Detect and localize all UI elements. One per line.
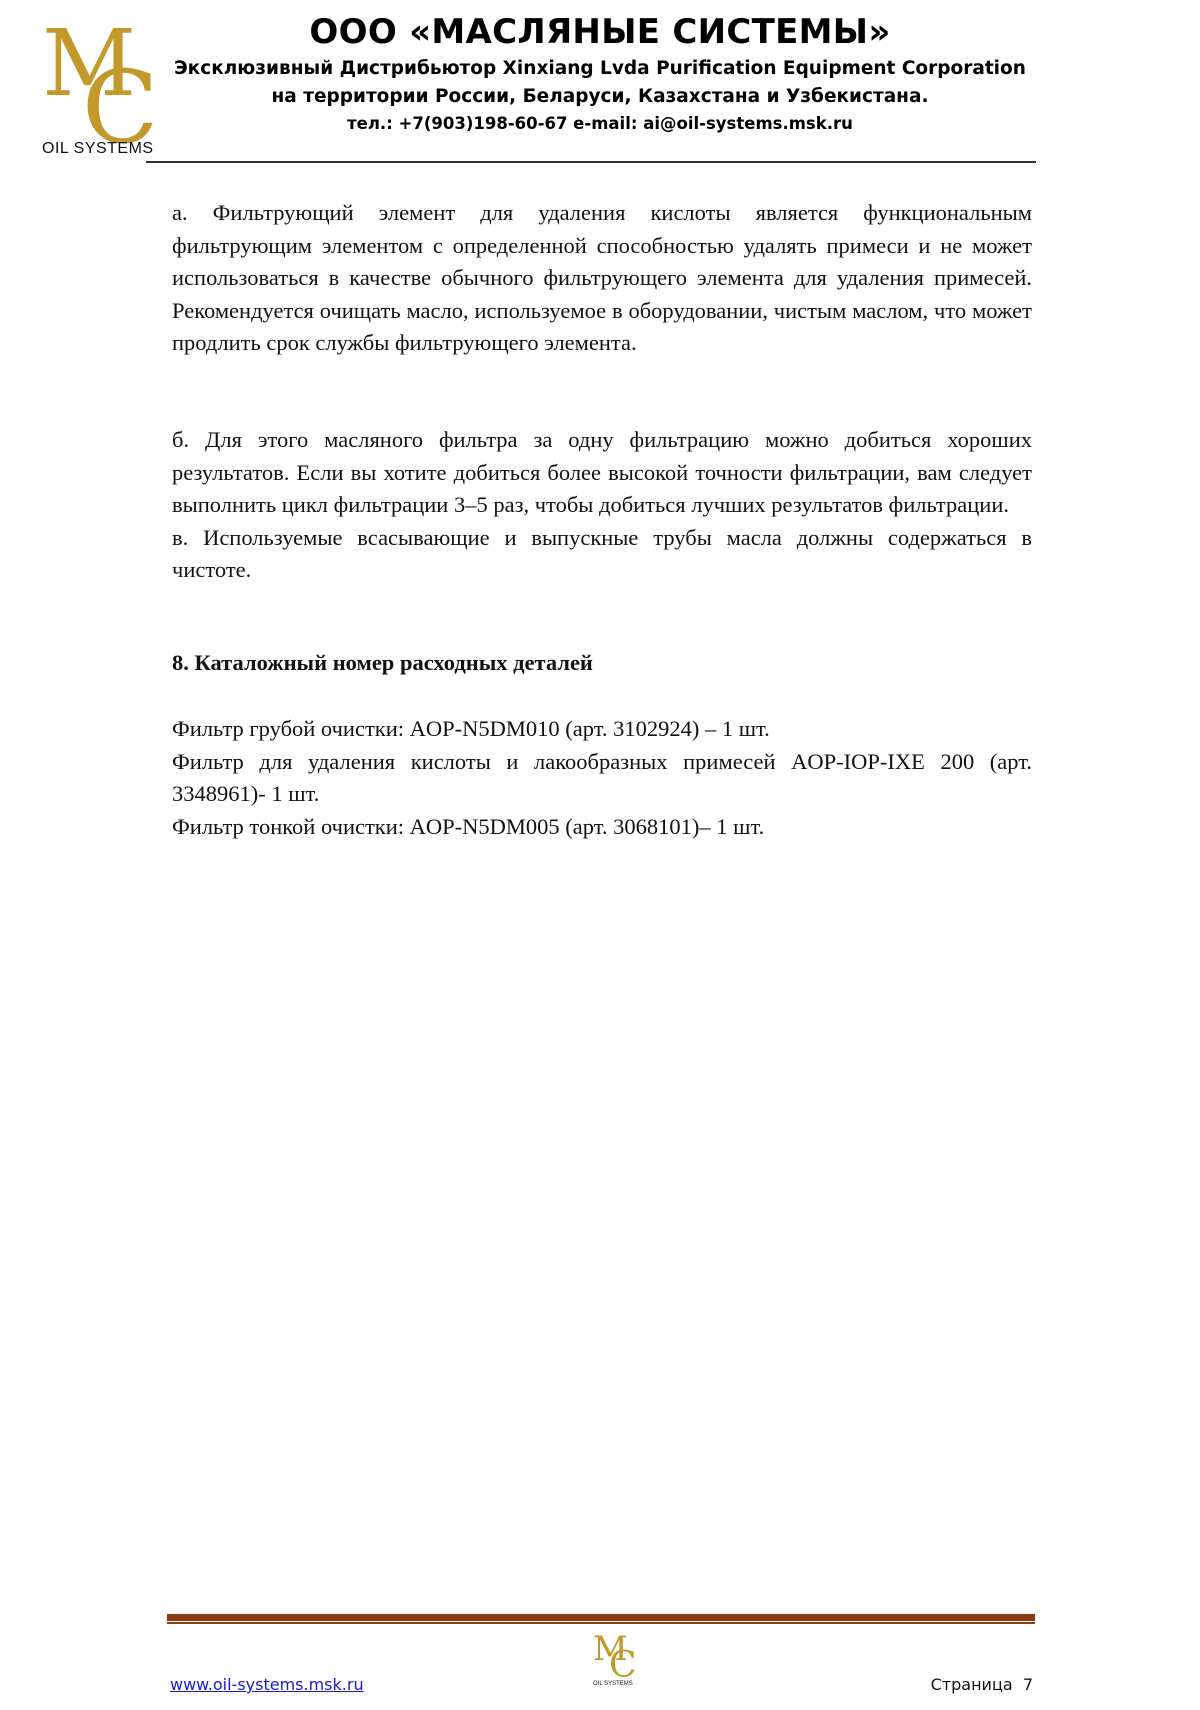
page-number: Страница 7 — [931, 1675, 1033, 1694]
company-name: ООО «МАСЛЯНЫЕ СИСТЕМЫ» — [170, 12, 1030, 52]
footer-logo: M C OIL SYSTEMS — [593, 1632, 643, 1688]
paragraph-b-block: б. Для этого масляного фильтра за одну ф… — [172, 424, 1032, 587]
footer-divider-thin — [167, 1622, 1035, 1624]
territory-line: на территории России, Беларуси, Казахста… — [170, 86, 1030, 107]
part-item-acid-filter: Фильтр для удаления кислоты и лакообразн… — [172, 746, 1032, 811]
contact-line: тел.: +7(903)198-60-67 e-mail: ai@oil-sy… — [170, 114, 1030, 133]
footer-logo-subtitle: OIL SYSTEMS — [593, 1681, 633, 1687]
website-link[interactable]: www.oil-systems.msk.ru — [170, 1675, 364, 1694]
paragraph-b: б. Для этого масляного фильтра за одну ф… — [172, 424, 1032, 522]
section-heading: 8. Каталожный номер расходных деталей — [172, 650, 593, 676]
footer-divider-thick — [167, 1614, 1035, 1621]
part-item-fine-filter: Фильтр тонкой очистки: AOP-N5DM005 (арт.… — [172, 811, 1032, 844]
logo-subtitle: OIL SYSTEMS — [42, 140, 154, 158]
paragraph-a-block: а. Фильтрующий элемент для удаления кисл… — [172, 197, 1032, 360]
header-divider — [146, 161, 1036, 163]
paragraph-a: а. Фильтрующий элемент для удаления кисл… — [172, 197, 1032, 360]
company-logo: M C OIL SYSTEMS — [42, 18, 172, 158]
paragraph-c: в. Используемые всасывающие и выпускные … — [172, 522, 1032, 587]
distributor-line: Эксклюзивный Дистрибьютор Xinxiang Lvda … — [170, 58, 1030, 79]
footer-logo-monogram-c: C — [609, 1648, 637, 1684]
parts-list: Фильтр грубой очистки: AOP-N5DM010 (арт.… — [172, 713, 1032, 843]
part-item-coarse-filter: Фильтр грубой очистки: AOP-N5DM010 (арт.… — [172, 713, 1032, 746]
